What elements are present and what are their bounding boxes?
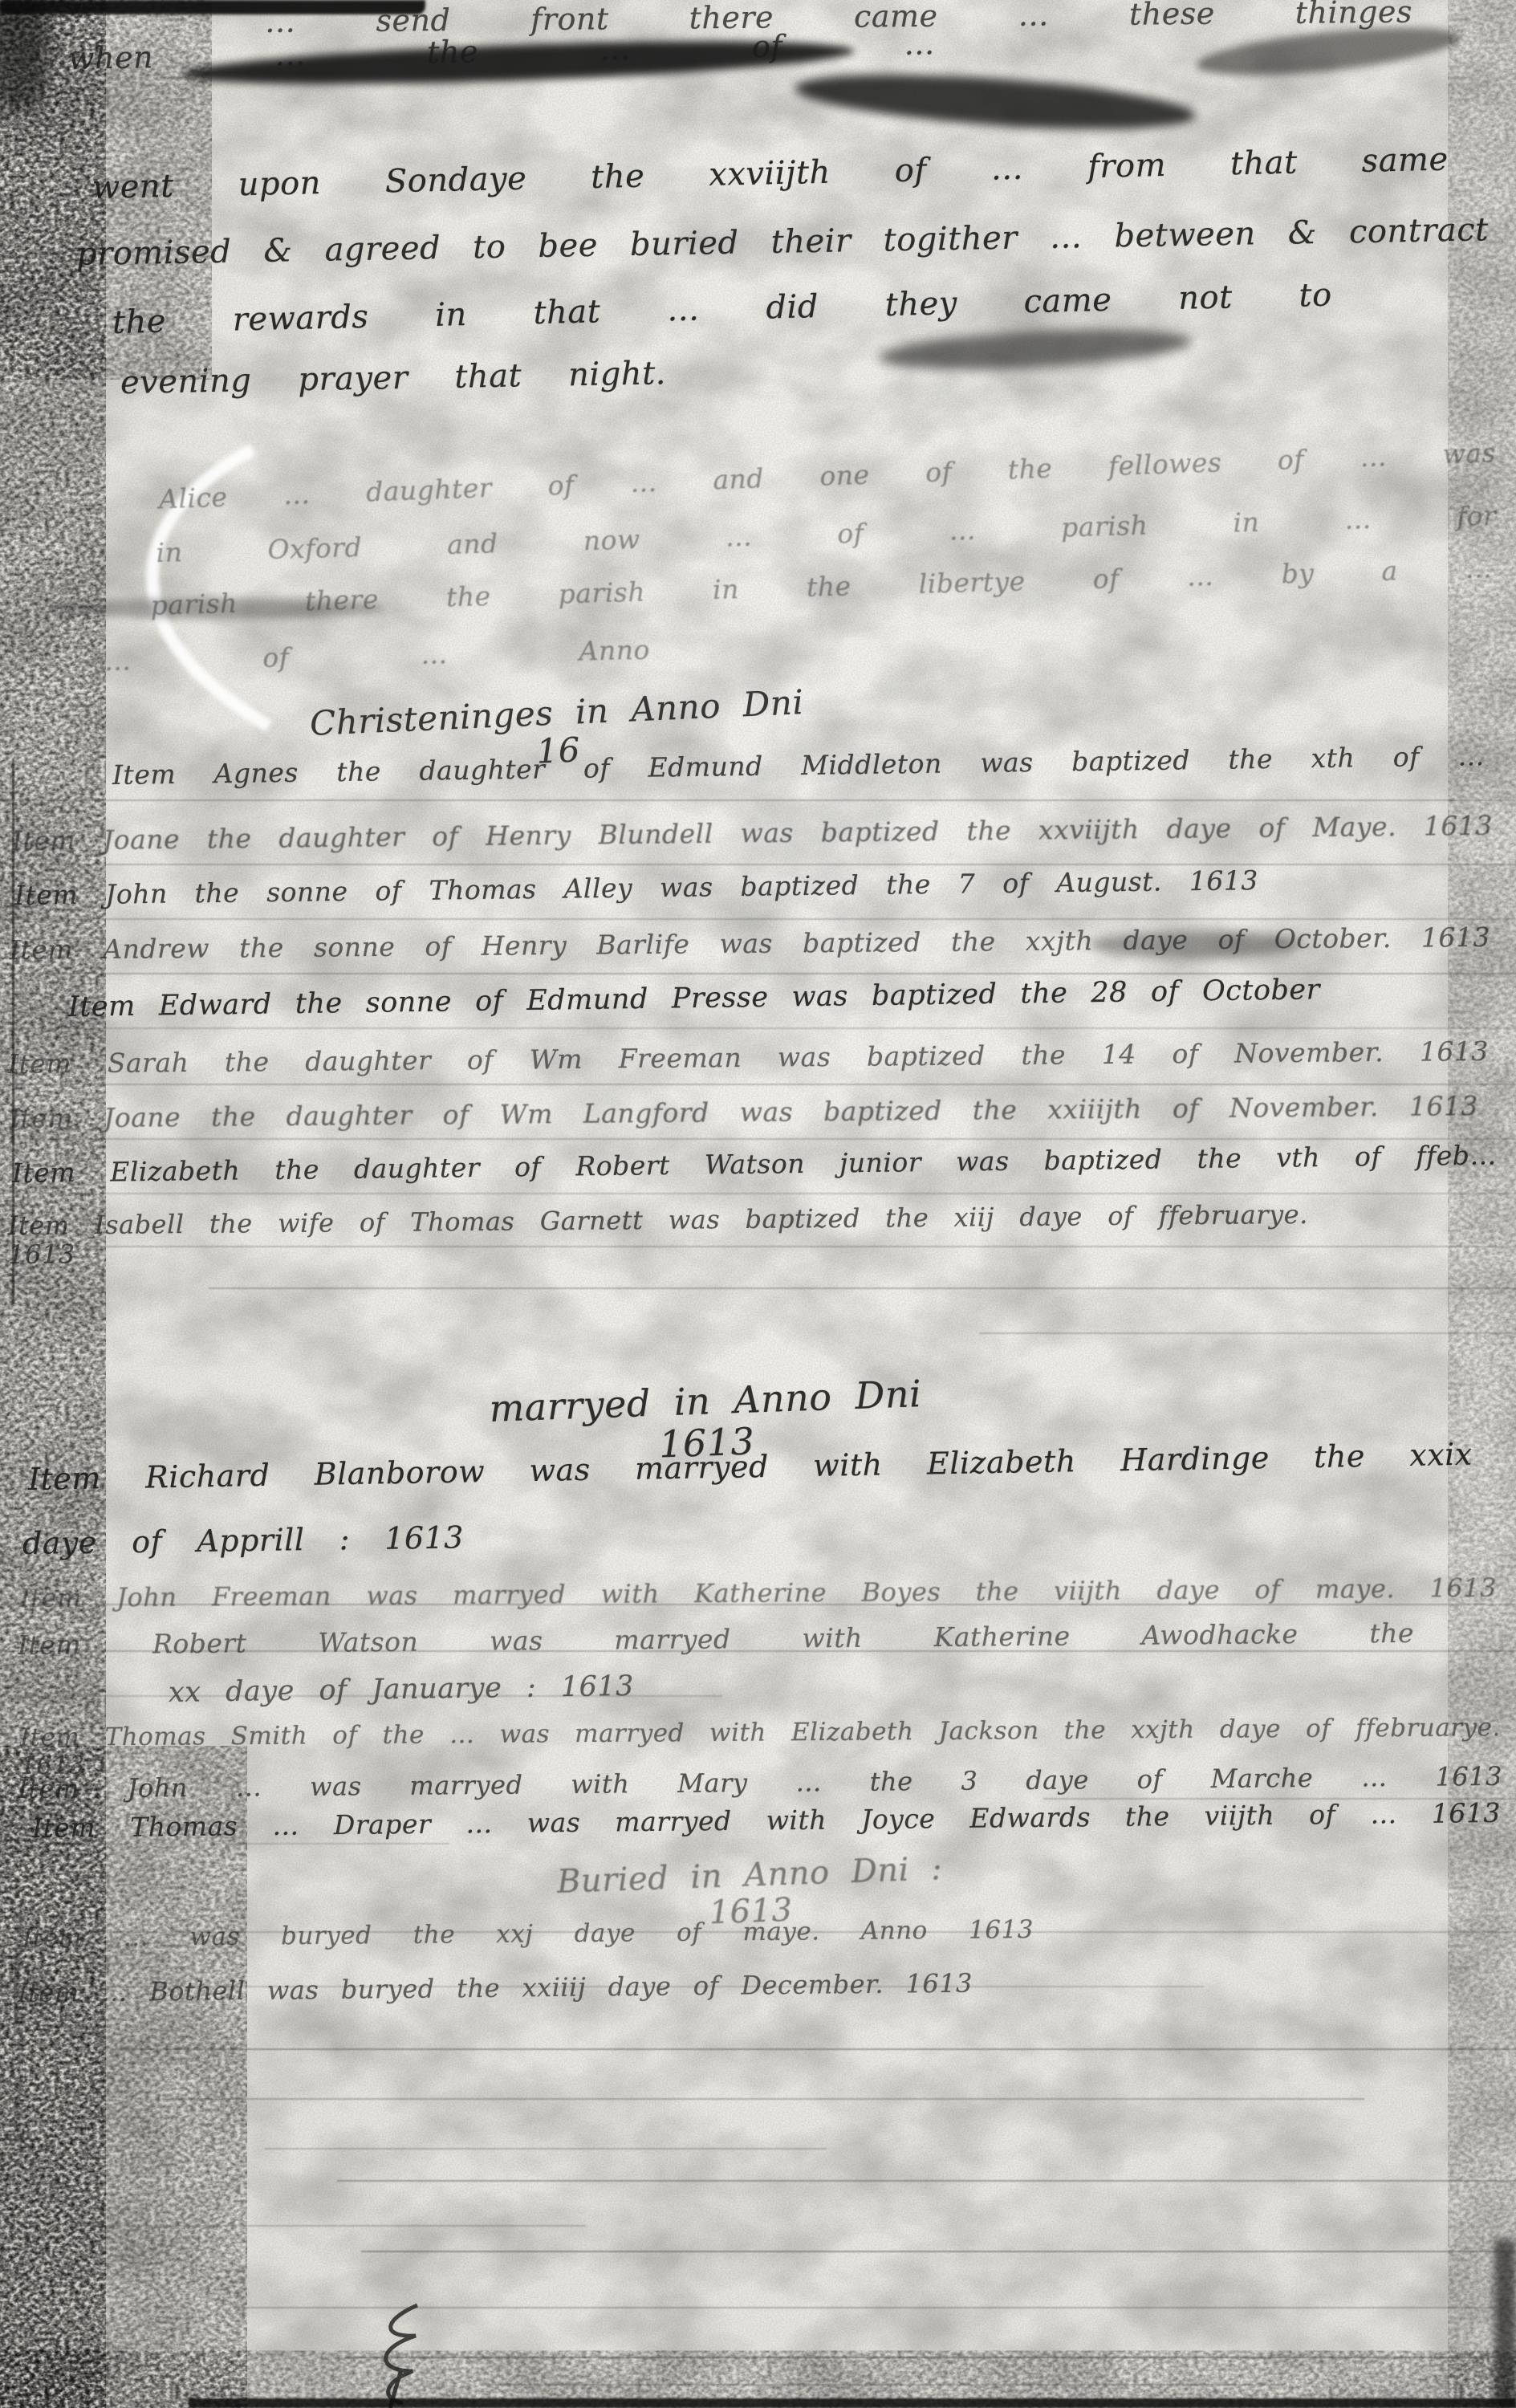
christening-entry: Item Sarah the daughter of Wm Freeman wa… <box>8 1037 1489 1080</box>
ink-smudge <box>878 323 1193 376</box>
ruled-line <box>0 799 1516 801</box>
ink-smudge-strikeout <box>794 65 1197 140</box>
top-note-line: evening prayer that night. <box>120 356 667 401</box>
burial-entry: Item … Bothell was buryed the xxiiij day… <box>18 1970 973 2008</box>
marriage-entry: Item John Freeman was marryed with Kathe… <box>20 1574 1497 1613</box>
marriage-entry: Item Robert Watson was marryed with Kath… <box>18 1619 1414 1661</box>
ruled-line <box>979 1332 1516 1334</box>
christening-entry: Item Edward the sonne of Edmund Presse w… <box>68 974 1320 1023</box>
bottom-right-corner-edge <box>1494 2239 1516 2408</box>
marriage-entry: xx daye of Januarye : 1613 <box>169 1671 634 1709</box>
manuscript-scan-page: … send front there came … these thinges … <box>0 0 1516 2408</box>
christening-entry: Item Joane the daughter of Henry Blundel… <box>12 811 1493 856</box>
top-note-line: went upon Sondaye the xxviijth of … from… <box>92 142 1449 206</box>
ruled-line <box>0 1193 1516 1194</box>
marriage-entry: daye of Apprill : 1613 <box>22 1520 465 1560</box>
burial-entry: Item … was buryed the xxj daye of maye. … <box>22 1916 1034 1953</box>
ruled-line <box>0 864 1516 865</box>
ruled-line <box>482 2384 1284 2386</box>
left-edge-shading <box>0 0 96 2408</box>
ruled-line <box>0 1027 1516 1029</box>
left-margin-crease <box>14 1910 22 2143</box>
ruled-line <box>233 2307 1516 2308</box>
ruled-line <box>209 1287 1516 1289</box>
ruled-line <box>265 2148 827 2150</box>
christening-entry: Item Andrew the sonne of Henry Barlife w… <box>10 923 1490 966</box>
ruled-line <box>0 918 1516 920</box>
bottom-left-edge-shading <box>0 1806 225 2408</box>
ruled-line <box>337 2180 1516 2182</box>
bottom-edge-bar <box>189 2398 1516 2408</box>
right-edge-shading <box>1454 0 1516 2408</box>
ruled-line <box>361 2251 1516 2252</box>
ruled-line <box>161 2098 1364 2100</box>
christening-entry: Item John the sonne of Thomas Alley was … <box>14 866 1258 911</box>
top-note-line: promised & agreed to bee buried their to… <box>76 212 1490 273</box>
ruled-line <box>0 1084 1516 1085</box>
christening-entry: Item Isabell the wife of Thomas Garnett … <box>8 1201 1309 1270</box>
marriage-entry: Item Thomas … Draper … was marryed with … <box>32 1799 1501 1844</box>
ruled-line <box>72 2225 586 2227</box>
christening-entry: Item Elizabeth the daughter of Robert Wa… <box>12 1141 1497 1189</box>
top-note-line: when … the … of … <box>68 26 936 75</box>
top-left-corner-blob <box>0 0 50 112</box>
christening-entry: Item Joane the daughter of Wm Langford w… <box>10 1092 1478 1134</box>
ruled-line <box>112 2048 1516 2050</box>
ruled-line <box>48 1843 449 1845</box>
ruled-line <box>0 1138 1516 1140</box>
ruled-line <box>345 2357 1516 2358</box>
memorandum-line: … of … Anno <box>104 636 651 677</box>
